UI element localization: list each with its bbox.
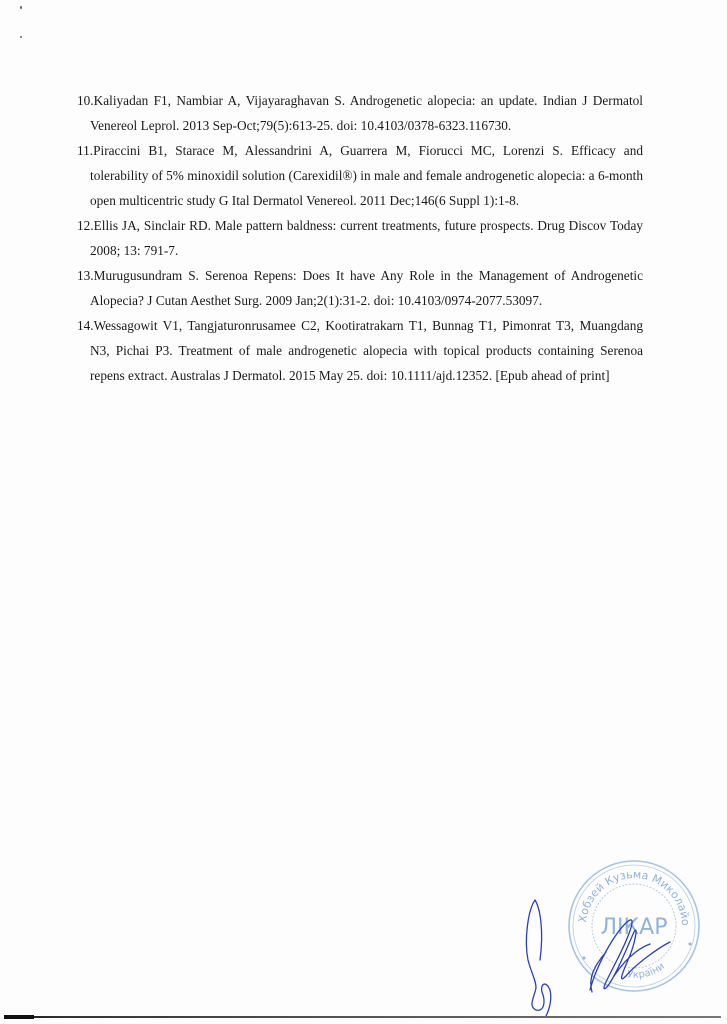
reference-number: 11. — [77, 143, 93, 158]
reference-item: 10.Kaliyadan F1, Nambiar A, Vijayaraghav… — [77, 88, 643, 138]
page-bottom-rule — [4, 1016, 721, 1018]
handwritten-signature — [510, 880, 710, 1020]
reference-item: 14.Wessagowit V1, Tangjaturonrusamee C2,… — [77, 313, 643, 388]
reference-text: Piraccini B1, Starace M, Alessandrini A,… — [90, 143, 643, 208]
reference-text: Murugusundram S. Serenoa Repens: Does It… — [90, 268, 643, 308]
reference-item: 11.Piraccini B1, Starace M, Alessandrini… — [77, 138, 643, 213]
scan-speck — [20, 6, 22, 9]
reference-number: 10. — [77, 93, 94, 108]
reference-text: Kaliyadan F1, Nambiar A, Vijayaraghavan … — [90, 93, 643, 133]
reference-item: 12.Ellis JA, Sinclair RD. Male pattern b… — [77, 213, 643, 263]
reference-number: 14. — [77, 318, 94, 333]
reference-item: 13.Murugusundram S. Serenoa Repens: Does… — [77, 263, 643, 313]
scanned-page: 10.Kaliyadan F1, Nambiar A, Vijayaraghav… — [0, 0, 727, 1024]
reference-number: 13. — [77, 268, 94, 283]
reference-number: 12. — [77, 218, 94, 233]
scan-speck — [20, 36, 22, 38]
reference-text: Wessagowit V1, Tangjaturonrusamee C2, Ko… — [90, 318, 643, 383]
reference-list: 10.Kaliyadan F1, Nambiar A, Vijayaraghav… — [77, 88, 643, 388]
reference-text: Ellis JA, Sinclair RD. Male pattern bald… — [90, 218, 643, 258]
